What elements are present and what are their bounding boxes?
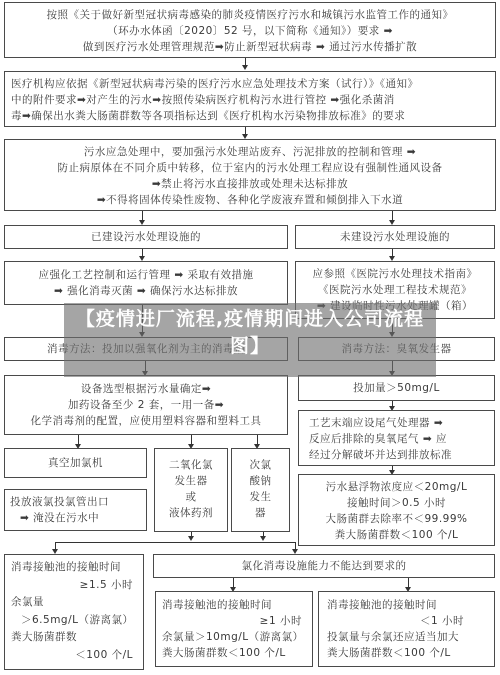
box-line: ≥1 小时 (162, 613, 312, 629)
emergency-treatment-box: 污水应急处理中，要加强污水处理站废弃、污泥排放的控制和管理 ➡ 防止病原体在不同… (4, 139, 496, 211)
box-line: 防止病原体在不同介质中转移，位于室内的污水处理工程应设有强制性通风设备 (5, 160, 495, 176)
box-line: 投氯量与余氯还应适当加大 (327, 629, 494, 645)
box-line: 器 (232, 505, 289, 521)
box-line: 加药设备至少 2 套，一用一备➡ (5, 397, 287, 413)
box-line: ➡不得将固体传染性废物、各种化学废液弃置和倾倒排入下水道 (5, 192, 495, 208)
box-line: ＜1 小时 (327, 613, 494, 629)
box-line: 液体药剂 (155, 505, 227, 521)
built-label: 已建设污水处理设施的 (91, 231, 201, 243)
insufficient-capacity-box: 氯化消毒设施能力不能达到要求的 (153, 554, 495, 578)
insufficient-option-b-box: 消毒接触池的接触时间 ＜1 小时 投氯量与余氯还应适当加大 粪大肠菌群数＜100… (318, 591, 495, 667)
not-built-label: 未建设污水处理设施的 (340, 231, 450, 243)
box-line: 中的附件要求➡对产生的污水➡按照传染病医疗机构污水进行管控 ➡强化杀菌消 (11, 92, 495, 108)
liquid-chlorine-box: 投放液氯投氯管出口 ➡ 淹没在污水中 (4, 489, 147, 531)
box-line: ➡禁止将污水直接排放或处理未达标排放 (5, 176, 495, 192)
ozone-dose-label: 投加量＞50mg/L (353, 382, 440, 394)
box-line: 应强化工艺控制和运行管理 ➡ 采取有效措施 (5, 267, 287, 283)
arrow-down-icon (260, 536, 266, 541)
box-line: 反应后排除的臭氧尾气 ➡ 应 (309, 431, 494, 447)
box-line: 粪大肠菌群数 (11, 629, 143, 647)
vacuum-chlorinator-box: 真空加氯机 (4, 448, 147, 478)
ozone-standard-box: 污水悬浮物浓度应＜20mg/L 接触时间＞0.5 小时 大肠菌群去除率不＜99.… (298, 474, 495, 546)
box-line: 经过分解破坏并达到排放标准 (309, 447, 494, 463)
box-line: 粪大肠菌群数＜100 个/L (299, 527, 494, 543)
box-line: 粪大肠菌群数＜100 个/L (162, 645, 312, 661)
ozone-dose-box: 投加量＞50mg/L (298, 375, 495, 401)
box-line: ➡ 淹没在污水中 (10, 510, 146, 526)
box-line: 做到医疗污水处理管理规范➡防止新型冠状病毒 ➡ 通过污水传播扩散 (5, 39, 495, 55)
insufficient-label: 氯化消毒设施能力不能达到要求的 (242, 560, 407, 572)
box-line: 投放液氯投氯管出口 (10, 494, 146, 510)
box-line: 消毒接触池的接触时间 (162, 597, 312, 613)
box-line: 《医院污水处理工程技术规范》 (296, 282, 494, 298)
box-line: 接触时间＞0.5 小时 (299, 495, 494, 511)
box-line: 消毒接触池的接触时间 (11, 559, 143, 577)
box-line: 应参照《医院污水处理技术指南》 (296, 266, 494, 282)
box-line: 发生器 (155, 473, 227, 489)
box-line: 粪大肠菌群数＜100 个/L (327, 645, 494, 661)
ozone-tail-gas-box: 工艺末端应设尾气处理器 ➡ 反应后排除的臭氧尾气 ➡ 应 经过分解破坏并达到排放… (298, 410, 495, 466)
box-line: ➡ 强化消毒灭菌 ➡ 确保污水达标排放 (5, 283, 287, 299)
box-line: 或 (155, 489, 227, 505)
box-line: 余氯量 (11, 594, 143, 612)
box-line: 污水悬浮物浓度应＜20mg/L (299, 479, 494, 495)
contact-standard-box: 消毒接触池的接触时间 ≥1.5 小时 余氯量 ＞6.5mg/L（游离氯） 粪大肠… (4, 554, 144, 670)
box-line: 医疗机构应依据《新型冠状病毒污染的医疗污水应急处理技术方案（试行）》《通知》 (11, 76, 495, 92)
medical-institution-box: 医疗机构应依据《新型冠状病毒污染的医疗污水应急处理技术方案（试行）》《通知》 中… (4, 71, 496, 127)
box-line: 设备选型根据污水量确定➡ (5, 381, 287, 397)
built-facility-box: 已建设污水处理设施的 (4, 225, 288, 249)
overlay-title: 【疫情进厂流程,疫情期间进入公司流程图】 (64, 306, 436, 360)
chlorine-dioxide-box: 二氧化氯 发生器 或 液体药剂 (154, 448, 228, 532)
box-line: 按照《关于做好新型冠状病毒感染的肺炎疫情医疗污水和城镇污水监管工作的通知》 (5, 7, 495, 23)
connector (55, 542, 295, 543)
box-line: 污水应急处理中，要加强污水处理站废弃、污泥排放的控制和管理 ➡ (5, 144, 495, 160)
box-line: （环办水体函〔2020〕52 号，以下简称《通知》）要求 ➡ (5, 23, 495, 39)
box-line: ＞6.5mg/L（游离氯） (11, 612, 143, 630)
insufficient-option-a-box: 消毒接触池的接触时间 ≥1 小时 余氯量＞10mg/L（游离氯） 粪大肠菌群数＜… (155, 591, 313, 667)
built-measures-box: 应强化工艺控制和运行管理 ➡ 采取有效措施 ➡ 强化消毒灭菌 ➡ 确保污水达标排… (4, 261, 288, 305)
box-line: 毒➡确保出水粪大肠菌群数等各项指标达到《医疗机构水污染物排放标准》的要求 (11, 108, 495, 124)
notice-requirement-box: 按照《关于做好新型冠状病毒感染的肺炎疫情医疗污水和城镇污水监管工作的通知》 （环… (4, 2, 496, 58)
box-line: 工艺末端应设尾气处理器 ➡ (309, 415, 494, 431)
box-line: 二氧化氯 (155, 457, 227, 473)
box-line: 化学消毒剂的配置，应使用塑料容器和塑料工具 (5, 413, 287, 429)
box-line: 余氯量＞10mg/L（游离氯） (162, 629, 312, 645)
arrow-down-icon (242, 65, 248, 70)
not-built-facility-box: 未建设污水处理设施的 (295, 225, 495, 249)
box-line: ＜100 个/L (11, 647, 143, 665)
box-line: 大肠菌群去除率不＜99.99% (299, 511, 494, 527)
equipment-selection-box: 设备选型根据污水量确定➡ 加药设备至少 2 套，一用一备➡ 化学消毒剂的配置，应… (4, 375, 288, 435)
box-line: 消毒接触池的接触时间 (327, 597, 494, 613)
arrow-down-icon (188, 536, 194, 541)
box-line: ≥1.5 小时 (11, 577, 143, 595)
vacuum-label: 真空加氯机 (48, 457, 103, 469)
box-line: 酸钠 (232, 473, 289, 489)
box-line: 次氯 (232, 457, 289, 473)
box-line: 发生 (232, 489, 289, 505)
hypochlorite-generator-box: 次氯 酸钠 发生 器 (231, 448, 290, 532)
